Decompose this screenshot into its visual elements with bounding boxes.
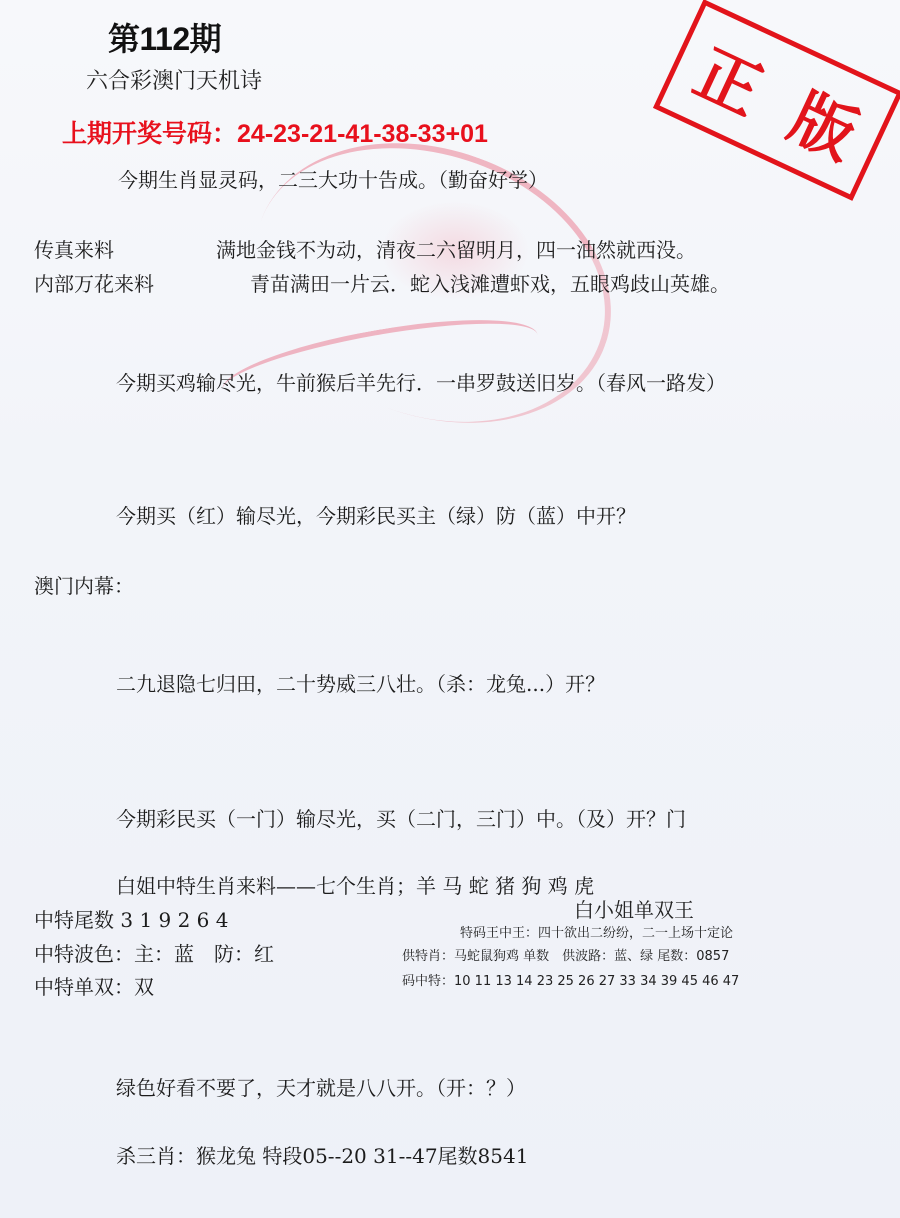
last-draw-result: 上期开奖号码：24-23-21-41-38-33+01 [62, 114, 488, 150]
box-title: 白小姐单双王 [574, 894, 694, 923]
issue-number: 第112期 [108, 14, 221, 60]
macau-label: 澳门内幕： [34, 570, 134, 599]
last-draw-label: 上期开奖号码： [62, 120, 237, 148]
last-draw-numbers: 24-23-21-41-38-33+01 [237, 120, 488, 148]
box-supply: 供特肖：马蛇鼠狗鸡 单数 供波路：蓝、绿 尾数：0857 [402, 945, 729, 964]
stamp-char: 正 [682, 23, 779, 133]
zodiac-line: 白姐中特生肖来料——七个生肖；羊 马 蛇 猪 狗 鸡 虎 [116, 870, 594, 899]
wave-color: 中特波色：主：蓝 防：红 [34, 938, 274, 967]
poem-line: 今期彩民买（一门）输尽光，买（二门，三门）中。（及）开？门 [116, 803, 686, 832]
box-numbers: 码中特：10 11 13 14 23 25 26 27 33 34 39 45 … [402, 970, 739, 989]
box-king: 特码王中王：四十欲出二纷纷，二一上场十定论 [460, 922, 733, 941]
inner-text: 青苗满田一片云．蛇入浅滩遭虾戏，五眼鸡歧山英雄。 [250, 268, 730, 297]
poem-line: 今期生肖显灵码，二三大功十告成。（勤奋好学） [118, 164, 548, 193]
poem-line: 今期买（红）输尽光，今期彩民买主（绿）防（蓝）中开？ [116, 500, 636, 529]
page-subtitle: 六合彩澳门天机诗 [86, 64, 262, 95]
fax-label: 传真来料 [34, 234, 114, 263]
inner-label: 内部万花来料 [34, 268, 154, 297]
tail-numbers: 中特尾数 3 1 9 2 6 4 [34, 904, 229, 933]
kill-line: 杀三肖：猴龙兔 特段05--20 31--47尾数8541 [116, 1140, 528, 1169]
stamp-char: 版 [777, 67, 874, 177]
poem-line: 二九退隐七归田，二十势威三八壮。（杀：龙兔...）开？ [116, 668, 605, 697]
odd-even: 中特单双：双 [34, 971, 154, 1000]
fax-text: 满地金钱不为动，清夜二六留明月，四一油然就西没。 [216, 234, 696, 263]
poem-line: 今期买鸡输尽光，牛前猴后羊先行．一串罗鼓送旧岁。（春风一路发） [116, 367, 726, 396]
authentic-stamp: 正 版 [653, 0, 900, 201]
poem-line: 绿色好看不要了，天才就是八八开。（开：？） [116, 1072, 526, 1101]
